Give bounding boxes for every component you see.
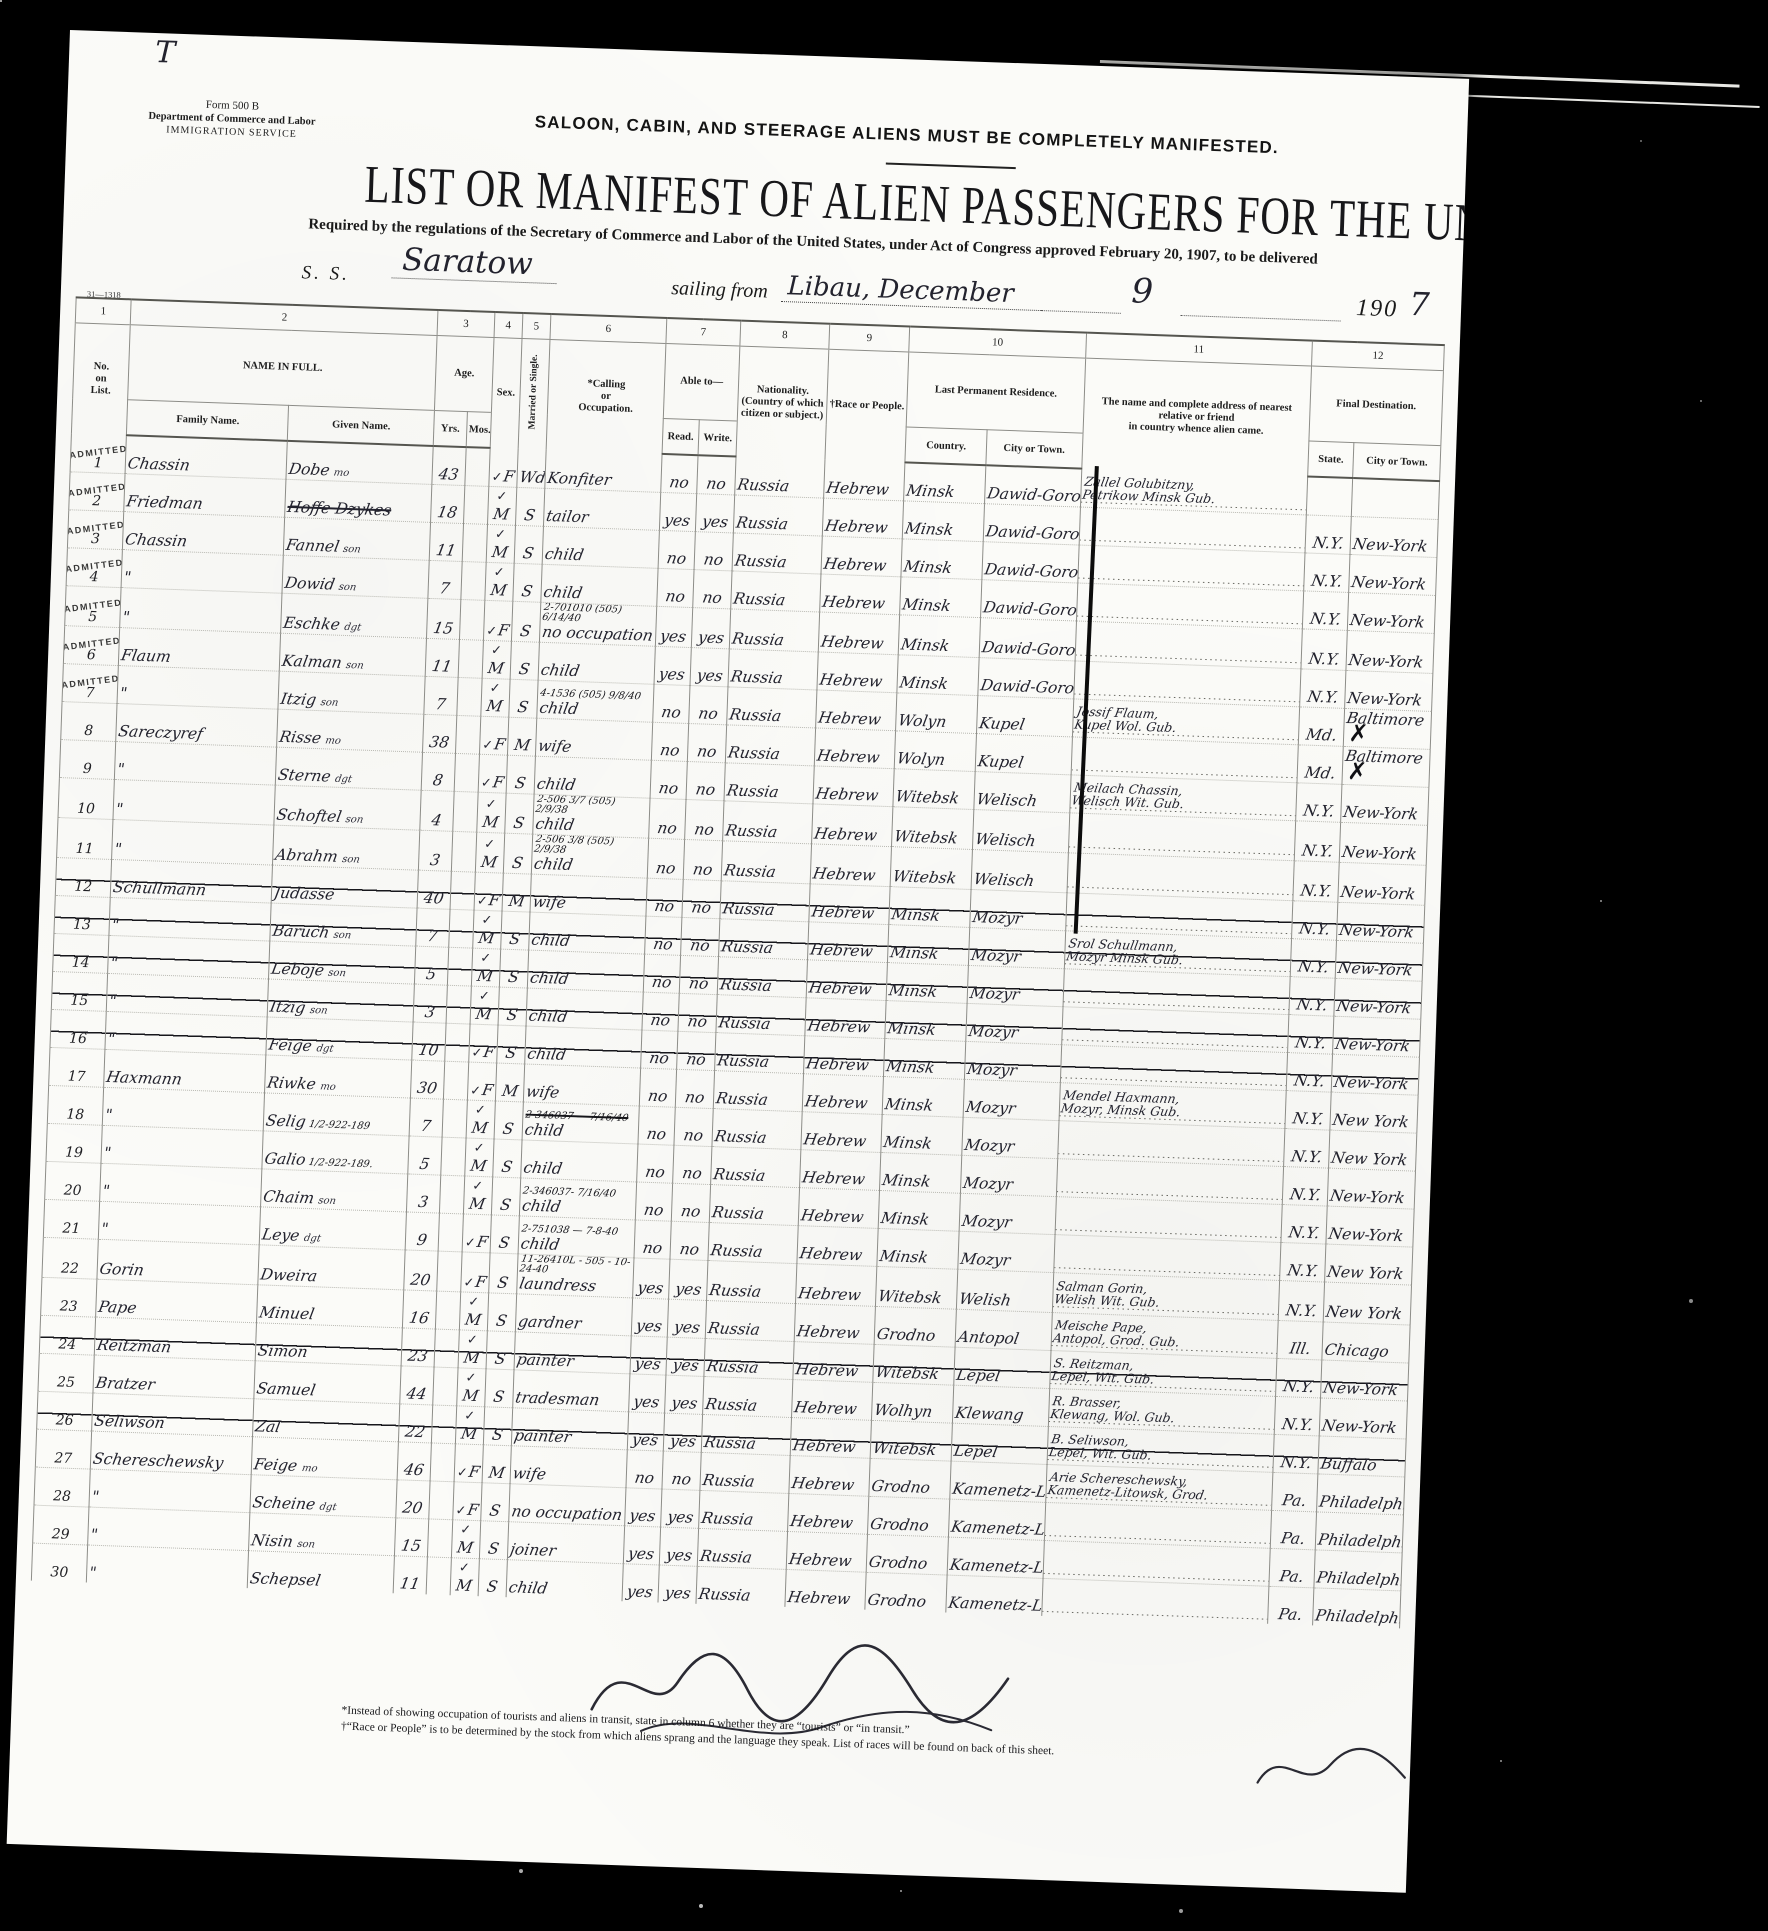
- cell-family-name: Chassin: [123, 512, 285, 556]
- cell-destination-state: Md.: [1298, 707, 1345, 747]
- col-num-8: 8: [740, 321, 829, 350]
- cell-nationality: Russia: [715, 1033, 805, 1074]
- cell-race: Hebrew: [802, 1074, 884, 1115]
- cell-destination-city: Buffalo: [1318, 1436, 1406, 1477]
- cell-occupation: child: [534, 756, 651, 798]
- cell-nationality: Russia: [700, 1452, 790, 1493]
- cell-destination-city: New-York: [1326, 1206, 1414, 1247]
- cell-destination-city: New-York: [1328, 1168, 1416, 1209]
- cell-occupation: joiner: [507, 1522, 624, 1564]
- cell-residence-country: Witebsk: [871, 1420, 953, 1461]
- cell-age-months: [451, 831, 477, 872]
- cell-married-single: S: [489, 1253, 519, 1294]
- cell-age-months: [434, 1329, 459, 1368]
- cell-destination-state: N.Y.: [1288, 1015, 1335, 1055]
- cell-age-months: [450, 871, 475, 910]
- cell-age-years: 18: [431, 484, 465, 523]
- cell-given-name: Dweira: [258, 1245, 405, 1290]
- cell-can-read: no: [653, 684, 691, 723]
- cell-race: Hebrew: [795, 1264, 877, 1307]
- cell-race: Hebrew: [809, 884, 891, 925]
- cell-residence-country: Wolhyn: [872, 1382, 954, 1423]
- cell-list-number: 23: [41, 1277, 98, 1317]
- cell-given-name: Minuel: [257, 1285, 404, 1328]
- cell-residence-city: Dawid-Gorodok: [982, 542, 1079, 583]
- cell-sex: ✓M: [470, 986, 499, 1025]
- cell-residence-country: Minsk: [888, 925, 970, 966]
- cell-can-read: no: [634, 1220, 672, 1259]
- sailing-from-label: sailing from: [671, 277, 768, 303]
- cell-family-name: Schullmann: [111, 859, 273, 903]
- cell-race: Hebrew: [818, 612, 900, 655]
- cell-race: Hebrew: [801, 1112, 883, 1153]
- cell-can-read: yes: [654, 646, 692, 685]
- cell-can-write: no: [662, 1451, 702, 1490]
- cell-age-months: [436, 1251, 462, 1292]
- cell-age-years: 40: [417, 870, 451, 909]
- header-residence-country: Country.: [905, 427, 987, 465]
- cell-residence-city: Mozyr: [963, 1079, 1060, 1120]
- cell-destination-city: Philadelphia: [1314, 1550, 1402, 1591]
- cell-nationality: Russia: [716, 995, 806, 1036]
- cell-list-number: 9: [59, 740, 116, 780]
- cell-family-name: Friedman: [124, 474, 286, 518]
- cell-family-name: ": [113, 780, 275, 826]
- cell-residence-country: Minsk: [885, 1001, 967, 1042]
- cell-nationality: Russia: [714, 1071, 804, 1112]
- cell-can-read: yes: [631, 1298, 669, 1337]
- cell-can-read: yes: [628, 1374, 666, 1413]
- cell-race: Hebrew: [790, 1418, 872, 1459]
- header-read: Read.: [662, 418, 699, 455]
- cell-nationality: Russia: [728, 649, 818, 690]
- cell-list-number: 11: [57, 818, 114, 860]
- cell-residence-country: Witebsk: [892, 807, 974, 850]
- cell-residence-city: Kupel: [976, 696, 1073, 737]
- cell-residence-country: Minsk: [883, 1077, 965, 1118]
- cell-destination-state: N.Y.: [1304, 553, 1351, 593]
- cell-race: Hebrew: [805, 998, 887, 1039]
- cell-can-write: yes: [667, 1299, 707, 1338]
- cell-race: Hebrew: [785, 1569, 867, 1609]
- cell-destination-city: New-York: [1345, 670, 1433, 711]
- cell-can-write: no: [670, 1221, 710, 1260]
- cell-destination-city: New-York: [1337, 902, 1425, 943]
- cell-can-write: no: [674, 1107, 714, 1146]
- header-last-permanent-residence: Last Permanent Residence.: [907, 352, 1086, 433]
- header-family-name: Family Name.: [127, 400, 289, 441]
- col-num-3: 3: [437, 310, 494, 337]
- cell-residence-country: Minsk: [884, 1039, 966, 1080]
- cell-married-single: M: [507, 717, 536, 756]
- cell-residence-city: Kamenetz-Lit.: [950, 1461, 1047, 1502]
- cell-given-name: Dobemo: [286, 441, 433, 485]
- cell-race: Hebrew: [799, 1150, 881, 1191]
- cell-age-months: [427, 1519, 452, 1558]
- cell-race: Hebrew: [789, 1455, 871, 1496]
- cell-can-read: no: [658, 530, 696, 569]
- cell-race: Hebrew: [822, 498, 904, 539]
- cell-age-months: [456, 677, 481, 716]
- cell-sex: ✓M: [463, 1176, 492, 1215]
- cell-residence-country: Grodno: [868, 1496, 950, 1537]
- cell-can-write: yes: [659, 1527, 699, 1566]
- cell-residence-country: Grodno: [875, 1306, 957, 1347]
- cell-family-name: ": [101, 1125, 263, 1169]
- cell-sex: ✓M: [482, 640, 511, 679]
- cell-can-write: no: [682, 879, 722, 918]
- cell-can-read: yes: [655, 606, 693, 647]
- cell-age-years: 5: [415, 946, 449, 985]
- cell-destination-state: N.Y.: [1292, 901, 1339, 941]
- cell-residence-country: Minsk: [889, 887, 971, 928]
- col-num-6: 6: [550, 314, 667, 344]
- cell-married-single: S: [497, 1025, 526, 1064]
- cell-sex: ✓F: [489, 448, 518, 487]
- cell-nationality: Russia: [711, 1147, 801, 1188]
- cell-given-name: Riwkemo: [265, 1055, 412, 1098]
- cell-nationality: Russia: [708, 1223, 798, 1264]
- cell-occupation: wife: [536, 718, 653, 760]
- cell-destination-state: N.Y.: [1285, 1091, 1332, 1131]
- cell-given-name: Hoffe Dzykes: [285, 479, 432, 522]
- cell-occupation: no occupation: [509, 1484, 626, 1526]
- cell-married-single: S: [494, 1101, 523, 1140]
- cell-destination-city: Baltimore✗: [1342, 746, 1430, 787]
- cell-list-number: 8: [61, 702, 118, 742]
- cell-list-number: 17: [49, 1047, 106, 1087]
- cell-destination-state: N.Y.: [1281, 1205, 1328, 1245]
- cell-destination-state: N.Y.: [1286, 1053, 1333, 1093]
- cell-given-name: Sternedgt: [276, 747, 423, 790]
- cell-age-months: [430, 1443, 455, 1482]
- cell-sex: ✓M: [456, 1368, 485, 1407]
- cell-destination-state: N.Y.: [1282, 1167, 1329, 1207]
- cell-sex: ✓F: [467, 1062, 496, 1101]
- cell-destination-state: N.Y.: [1289, 977, 1336, 1017]
- cell-residence-country: Witebsk: [876, 1266, 958, 1309]
- cell-list-number: 13: [54, 896, 111, 936]
- col-num-5: 5: [522, 313, 551, 339]
- cell-nationality: Russia: [696, 1566, 786, 1607]
- cell-can-write: no: [673, 1145, 713, 1184]
- cell-can-write: no: [679, 955, 719, 994]
- cell-sex: ✓F: [460, 1252, 490, 1293]
- header-yrs: Yrs.: [434, 410, 467, 447]
- cell-married-single: M: [482, 1445, 511, 1484]
- header-write: Write.: [698, 420, 737, 457]
- cell-age-months: [454, 753, 479, 792]
- cell-family-name: ": [105, 1011, 267, 1055]
- cell-race: Hebrew: [797, 1226, 879, 1267]
- cell-married-single: S: [490, 1215, 519, 1254]
- cell-married-single: S: [483, 1407, 512, 1446]
- cell-residence-city: Mozyr: [968, 927, 1065, 968]
- col-num-1: 1: [75, 297, 131, 324]
- cell-list-number: 18: [47, 1085, 104, 1125]
- cell-destination-city: New York: [1330, 1092, 1418, 1133]
- cell-given-name: Schoftelson: [274, 785, 421, 830]
- cell-nationality: Russia: [722, 841, 812, 884]
- cell-can-read: no: [657, 568, 695, 607]
- cell-residence-city: Dawid-Gorodok: [978, 658, 1075, 699]
- cell-given-name: Feigedgt: [266, 1017, 413, 1060]
- cell-age-years: 3: [419, 830, 453, 871]
- cell-can-read: no: [640, 1030, 678, 1069]
- cell-family-name: ": [109, 897, 271, 941]
- cell-destination-state: Md.: [1297, 745, 1344, 785]
- cell-race: Hebrew: [807, 922, 889, 963]
- cell-age-years: 46: [397, 1442, 431, 1481]
- ss-label: S. S.: [301, 262, 350, 286]
- cell-age-months: [459, 599, 485, 640]
- cell-age-months: [442, 1099, 467, 1138]
- cell-list-number: 14: [53, 933, 110, 973]
- cell-married-single: S: [498, 987, 527, 1026]
- cell-occupation: 2-506 3/7 (505) 2/9/38child: [533, 794, 650, 838]
- cell-list-number: ADMITTED2: [69, 472, 126, 512]
- cell-age-years: 30: [411, 1060, 445, 1099]
- cell-can-write: no: [681, 917, 721, 956]
- cell-sex: ✓F: [483, 600, 513, 641]
- cell-age-months: [452, 791, 478, 832]
- cell-sex: ✓M: [451, 1520, 480, 1559]
- cell-married-single: S: [499, 949, 528, 988]
- cell-sex: ✓F: [474, 872, 503, 911]
- cell-destination-city: New-York: [1349, 555, 1437, 596]
- cell-destination-city: Philadelphia: [1317, 1474, 1405, 1515]
- cell-residence-city: Welisch: [971, 849, 1068, 892]
- cell-can-read: no: [642, 992, 680, 1031]
- cell-residence-city: Mozyr: [967, 965, 1064, 1006]
- cell-can-read: no: [643, 954, 681, 993]
- cell-age-months: [462, 524, 487, 563]
- cell-residence-country: Minsk: [897, 655, 979, 696]
- cell-age-years: 7: [416, 908, 450, 947]
- cell-destination-city: Philadelphia: [1313, 1588, 1401, 1629]
- cell-can-write: no: [685, 799, 725, 840]
- cell-destination-city: New-York: [1338, 862, 1426, 905]
- cell-given-name: Samuel: [254, 1361, 401, 1404]
- cell-sex: ✓M: [466, 1100, 495, 1139]
- header-married-or-single: Married or Single.: [518, 338, 550, 449]
- cell-can-write: no: [694, 532, 734, 571]
- cell-nearest-relative: [1041, 1578, 1269, 1623]
- cell-destination-state: N.Y.: [1280, 1242, 1327, 1282]
- cell-given-name: Leyedgt: [260, 1207, 407, 1250]
- cell-destination-city: New-York: [1333, 1016, 1421, 1057]
- col-num-4: 4: [494, 312, 523, 338]
- cell-can-write: no: [689, 686, 729, 725]
- cell-destination-state: N.Y.: [1296, 783, 1343, 823]
- cell-nationality: Russia: [724, 763, 814, 804]
- header-final-destination: Final Destination.: [1309, 366, 1444, 446]
- cell-nationality: Russia: [723, 801, 813, 844]
- cell-residence-city: Welisch: [972, 810, 1069, 853]
- cell-destination-state: N.Y.: [1284, 1129, 1331, 1169]
- cell-destination-city: New-York: [1341, 784, 1429, 825]
- cell-married-single: S: [487, 1293, 516, 1332]
- cell-race: Hebrew: [806, 960, 888, 1001]
- cell-destination-city: New York: [1323, 1282, 1411, 1325]
- form-id-block: Form 500 B Department of Commerce and La…: [116, 96, 347, 143]
- cell-age-months: [444, 1023, 469, 1062]
- cell-can-read: no: [635, 1182, 673, 1221]
- cell-can-write: yes: [665, 1375, 705, 1414]
- cell-list-number: 26: [37, 1391, 94, 1431]
- cell-residence-city: Kamenetz-Litowsk: [948, 1499, 1045, 1540]
- cell-occupation: 11-26410L - 505 - 10-24-40laundress: [517, 1254, 634, 1298]
- cell-nationality: Russia: [719, 919, 809, 960]
- header-given-name: Given Name.: [288, 405, 435, 446]
- cell-race: Hebrew: [814, 728, 896, 769]
- cell-destination-city: New-York: [1340, 822, 1428, 865]
- cell-can-read: yes: [632, 1258, 670, 1299]
- cell-sex: ✓M: [471, 948, 500, 987]
- header-nearest-relative: The name and complete address of nearest…: [1081, 358, 1311, 476]
- cell-age-years: 22: [399, 1404, 433, 1443]
- cell-occupation: child: [541, 564, 658, 606]
- cell-can-read: yes: [630, 1336, 668, 1375]
- cell-destination-state: [1306, 476, 1353, 516]
- cell-age-months: [435, 1291, 460, 1330]
- cell-list-number: 29: [33, 1505, 90, 1545]
- cell-age-years: 15: [395, 1518, 429, 1557]
- cell-age-years: 3: [413, 984, 447, 1023]
- cell-nationality: Russia: [707, 1261, 797, 1304]
- cell-destination-city: New-York: [1346, 630, 1434, 673]
- cell-sex: ✓M: [485, 562, 514, 601]
- cell-married-single: M: [495, 1063, 524, 1102]
- cell-nationality: Russia: [703, 1376, 793, 1417]
- cell-family-name: Gorin: [97, 1239, 259, 1285]
- cell-occupation: 2-751038 — 7-8-40child: [518, 1216, 635, 1258]
- cell-age-years: 9: [405, 1212, 439, 1251]
- cell-race: Hebrew: [810, 844, 892, 887]
- header-sex: Sex.: [490, 337, 522, 448]
- cell-destination-city: Philadelphia: [1316, 1512, 1404, 1553]
- passenger-rows: ADMITTED1ChassinDobemo43✓FWdKonfiternono…: [31, 433, 1439, 1628]
- cell-residence-country: Minsk: [881, 1115, 963, 1156]
- cell-residence-country: Grodno: [867, 1534, 949, 1575]
- cell-list-number: 21: [43, 1199, 100, 1239]
- cell-sex: ✓F: [452, 1482, 481, 1521]
- cell-age-months: [463, 486, 488, 525]
- cell-list-number: ADMITTED1: [70, 433, 127, 473]
- cell-occupation: child: [529, 912, 646, 954]
- cell-destination-city: [1352, 478, 1440, 520]
- cell-residence-country: Witebsk: [890, 847, 972, 890]
- cell-destination-state: N.Y.: [1300, 669, 1347, 709]
- cell-list-number: 10: [58, 778, 115, 820]
- cell-destination-city: New-York: [1332, 1054, 1420, 1095]
- cell-given-name: Chaimson: [261, 1169, 408, 1212]
- header-destination-city: City or Town.: [1353, 443, 1441, 482]
- cell-residence-city: Kamenetz-Litowsk: [946, 1575, 1043, 1616]
- cell-residence-city: Klewang: [952, 1385, 1049, 1426]
- cell-age-months: [432, 1367, 457, 1406]
- dotted-rule: [1041, 310, 1121, 314]
- cell-residence-country: Minsk: [887, 963, 969, 1004]
- cell-race: Hebrew: [803, 1036, 885, 1077]
- cell-can-read: yes: [659, 492, 697, 531]
- cell-destination-city: Chicago: [1322, 1322, 1410, 1363]
- cell-age-years: 44: [400, 1366, 434, 1405]
- cell-age-years: 11: [394, 1556, 427, 1595]
- sailing-day: 9: [1131, 271, 1154, 312]
- cell-family-name: ": [87, 1545, 249, 1588]
- cell-age-years: 20: [404, 1250, 438, 1291]
- cell-can-write: yes: [695, 494, 735, 533]
- cell-given-name: Lebojeson: [269, 941, 416, 984]
- cell-age-months: [448, 909, 473, 948]
- cell-family-name: Chassin: [125, 435, 287, 479]
- cell-age-months: [455, 715, 480, 754]
- cell-residence-city: Dawid-Gorodok: [980, 580, 1077, 621]
- cell-family-name: Flaum: [119, 628, 281, 672]
- header-destination-state: State.: [1308, 441, 1355, 478]
- cell-age-years: 3: [407, 1174, 441, 1213]
- cell-race: Hebrew: [815, 690, 897, 731]
- cell-age-months: [439, 1175, 464, 1214]
- cell-nationality: Russia: [718, 957, 808, 998]
- cell-age-months: [446, 985, 471, 1024]
- cell-given-name: Zal: [253, 1399, 400, 1442]
- cell-sex: ✓M: [486, 524, 515, 563]
- header-age: Age.: [435, 336, 494, 413]
- cell-occupation: child: [542, 526, 659, 568]
- cell-can-write: no: [678, 993, 718, 1032]
- cell-can-write: yes: [666, 1337, 706, 1376]
- cell-can-read: yes: [627, 1412, 665, 1451]
- cell-residence-country: Minsk: [880, 1152, 962, 1193]
- cell-can-read: no: [644, 916, 682, 955]
- header-name-in-full: NAME IN FULL.: [128, 325, 437, 411]
- cell-residence-city: Mozyr: [966, 1003, 1063, 1044]
- cell-occupation: 2-701010 (505) 6/14/40no occupation: [539, 602, 656, 646]
- cell-list-number: 25: [38, 1353, 95, 1393]
- cell-family-name: ": [108, 935, 270, 979]
- cell-occupation: 2-506 3/8 (505) 2/9/38child: [531, 834, 648, 878]
- header-nationality: Nationality. (Country of which citizen o…: [736, 346, 828, 460]
- cell-can-write: yes: [691, 608, 731, 649]
- cell-residence-city: Mozyr: [970, 889, 1067, 930]
- cell-occupation: wife: [530, 874, 647, 916]
- cell-occupation: child: [521, 1140, 638, 1182]
- cell-family-name: Bratzer: [93, 1355, 255, 1399]
- cell-married-single: S: [510, 641, 539, 680]
- cell-given-name: Galio1/2-922-189.: [262, 1131, 409, 1174]
- cell-occupation: child: [538, 642, 655, 684]
- cell-age-years: 7: [424, 676, 458, 715]
- cell-age-months: [440, 1137, 465, 1176]
- cell-destination-city: New-York: [1334, 978, 1422, 1019]
- cell-residence-country: Minsk: [877, 1228, 959, 1269]
- cell-can-read: no: [661, 454, 699, 494]
- cell-occupation: painter: [514, 1332, 631, 1374]
- cell-married-single: M: [502, 873, 531, 912]
- cell-residence-country: Witebsk: [893, 769, 975, 810]
- cell-family-name: ": [89, 1469, 251, 1513]
- cell-given-name: Nisinson: [249, 1513, 396, 1556]
- cell-sex: ✓F: [479, 716, 508, 755]
- cell-destination-city: New-York: [1350, 517, 1438, 558]
- cell-family-name: ": [103, 1087, 265, 1131]
- cell-destination-city: New-York: [1348, 592, 1436, 633]
- cell-given-name: Scheinedgt: [250, 1475, 397, 1518]
- cell-residence-city: Mozyr: [962, 1117, 1059, 1158]
- cell-destination-city: New-York: [1335, 940, 1423, 981]
